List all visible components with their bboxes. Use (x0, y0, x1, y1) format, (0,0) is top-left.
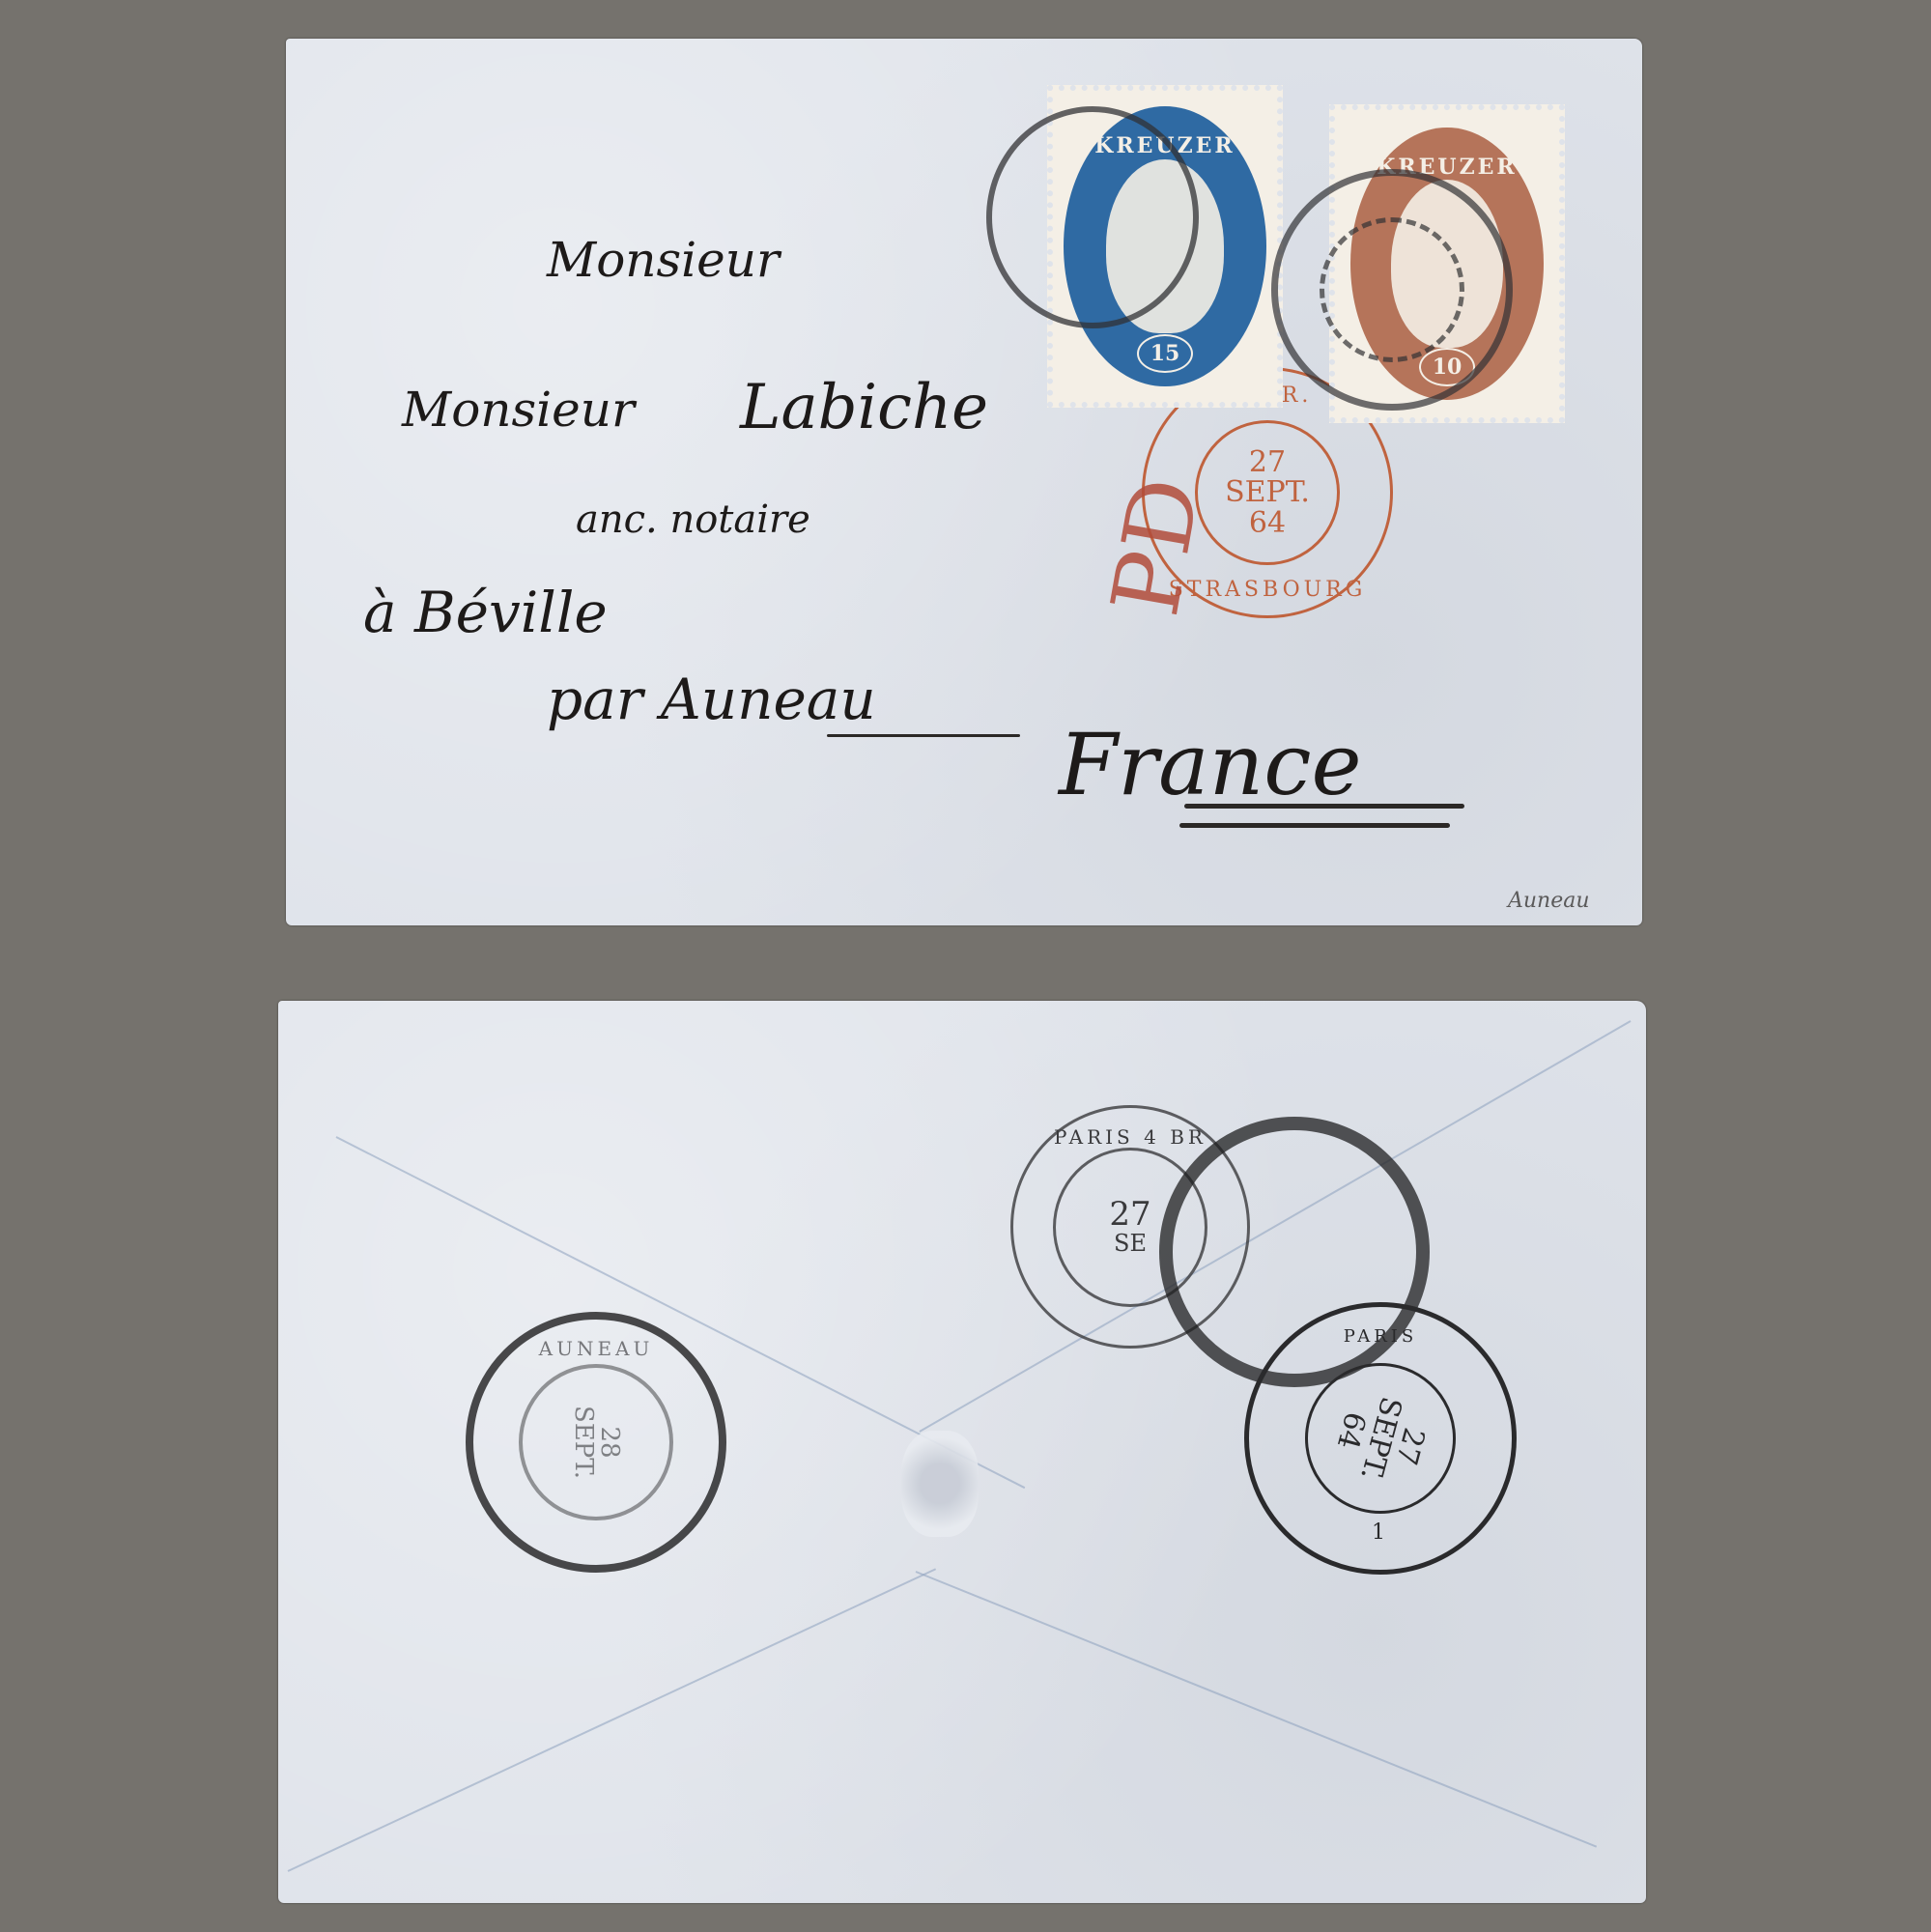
cancel-month: SE (1114, 1232, 1147, 1256)
address-line1-prefix: Monsieur (402, 382, 635, 438)
envelope-back: PARIS 4 BR 27 SE PARIS 27 SEPT. 64 1 AUN… (278, 1001, 1646, 1903)
black-town-cancel-left (986, 106, 1199, 328)
address-line4: par Auneau (547, 667, 876, 732)
black-town-cancel-right (1271, 169, 1513, 411)
stamp-value: 15 (1137, 334, 1193, 373)
cancel-day: 27 (1249, 447, 1286, 478)
envelope-front: Monsieur Monsieur Labiche anc. notaire à… (286, 39, 1642, 925)
cancel-month: SEPT. (1225, 477, 1310, 508)
cancel-number: 1 (1249, 1520, 1512, 1545)
cancel-day: 28 (596, 1426, 622, 1458)
auneau-cancel: AUNEAU 28 SEPT. (466, 1312, 726, 1573)
address-line1-name: Labiche (740, 372, 988, 443)
address-line3: à Béville (363, 580, 608, 645)
country-underline-1 (1184, 804, 1464, 809)
cancel-year: 64 (1249, 508, 1286, 539)
country-underline-2 (1179, 823, 1450, 828)
cancel-outer-text: PARIS (1249, 1326, 1512, 1347)
address-line2: anc. notaire (576, 497, 810, 542)
address-underline (827, 734, 1020, 737)
address-country: France (1059, 715, 1362, 814)
cancel-outer-text: AUNEAU (473, 1337, 719, 1360)
paris-arrival-cancel: PARIS 27 SEPT. 64 1 (1244, 1302, 1517, 1575)
cancel-day: 27 (1109, 1198, 1150, 1233)
address-salutation: Monsieur (547, 232, 780, 288)
cancel-month: SEPT. (570, 1406, 596, 1479)
flap-edge-lower-right (916, 1571, 1597, 1848)
flap-edge-lower-left (288, 1568, 937, 1872)
seal-embossing-icon (901, 1431, 979, 1537)
pencil-note: Auneau (1508, 889, 1590, 913)
